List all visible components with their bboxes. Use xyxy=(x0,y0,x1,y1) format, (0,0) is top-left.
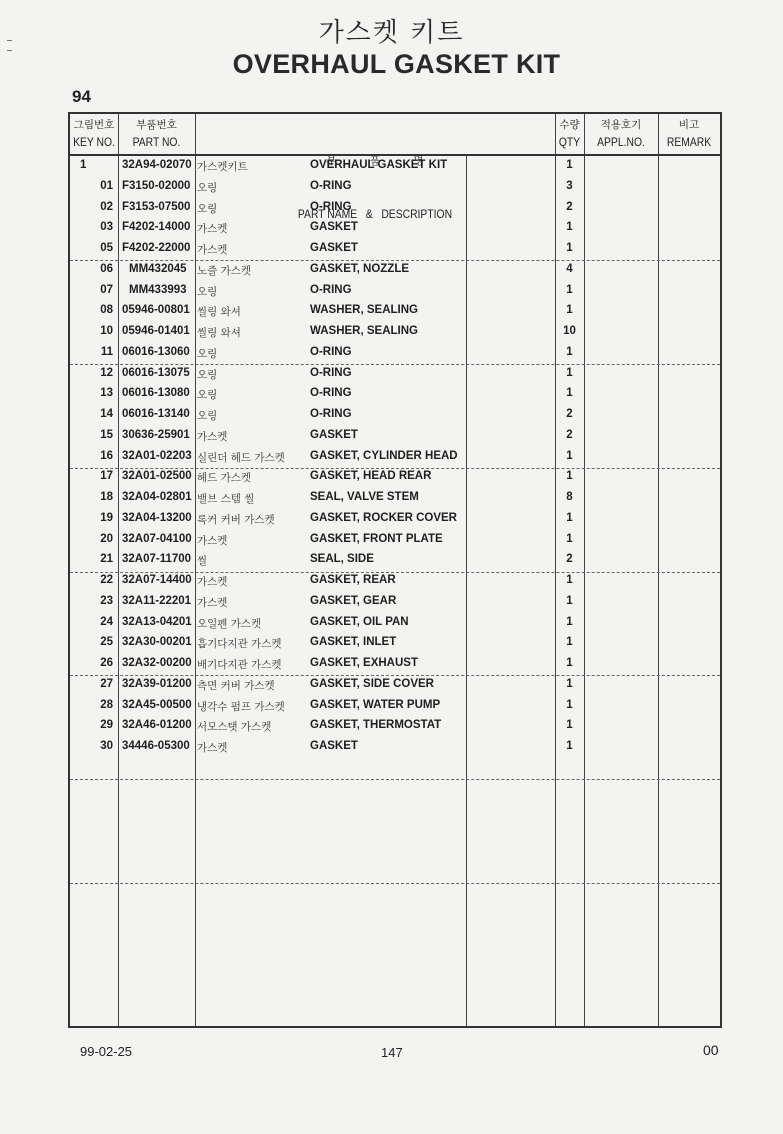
key-number: 11 xyxy=(84,346,113,358)
key-number: 28 xyxy=(84,699,113,711)
table-row: 1106016-13060오링O-RING1 xyxy=(70,343,720,364)
key-number: 29 xyxy=(84,719,113,731)
key-number: 16 xyxy=(84,450,113,462)
part-description: GASKET, OIL PAN xyxy=(310,616,409,628)
part-description: GASKET, INLET xyxy=(310,636,396,648)
key-number: 23 xyxy=(84,595,113,607)
part-name-korean: 서모스탯 가스켓 xyxy=(197,719,271,734)
part-number: 32A07-11700 xyxy=(122,553,191,565)
table-row: 1832A04-02801밸브 스템 씰SEAL, VALVE STEM8 xyxy=(70,488,720,509)
part-description: O-RING xyxy=(310,180,352,192)
part-name-korean: 가스켓 xyxy=(197,429,227,444)
part-name-korean: 가스켓 xyxy=(197,533,227,548)
table-row: 05F4202-22000가스켓GASKET1 xyxy=(70,239,720,260)
quantity: 1 xyxy=(555,387,584,399)
part-name-korean: 측면 커버 가스켓 xyxy=(197,678,275,693)
quantity: 2 xyxy=(555,429,584,441)
header-appl-no: 적용호기 APPL.NO. xyxy=(584,116,658,152)
header-part-no-ko: 부품번호 xyxy=(118,116,195,134)
quantity: 3 xyxy=(555,180,584,192)
part-description: GASKET, SIDE COVER xyxy=(310,678,434,690)
part-number: 32A04-02801 xyxy=(122,491,192,503)
part-name-korean: 가스켓 xyxy=(197,740,227,755)
part-description: O-RING xyxy=(310,387,352,399)
part-name-korean: 씰링 와셔 xyxy=(197,325,241,340)
part-number: F3150-02000 xyxy=(122,180,190,192)
part-number: 06016-13080 xyxy=(122,387,190,399)
table-row: 2532A30-00201흡기다지관 가스켓GASKET, INLET1 xyxy=(70,633,720,654)
part-number: 32A01-02500 xyxy=(122,470,192,482)
table-row: 0805946-00801씰링 와셔WASHER, SEALING1 xyxy=(70,301,720,322)
key-number: 25 xyxy=(84,636,113,648)
part-description: WASHER, SEALING xyxy=(310,325,418,337)
footer-page-number: 147 xyxy=(381,1045,403,1060)
part-number: 05946-01401 xyxy=(122,325,190,337)
part-name-korean: 씰 xyxy=(197,553,207,568)
part-number: 06016-13140 xyxy=(122,408,190,420)
key-number: 1 xyxy=(80,159,86,171)
part-description: GASKET, FRONT PLATE xyxy=(310,533,443,545)
part-description: GASKET, REAR xyxy=(310,574,396,586)
part-name-korean: 가스켓 xyxy=(197,595,227,610)
part-number: 32A94-02070 xyxy=(122,159,192,171)
footer-date: 99-02-25 xyxy=(80,1044,132,1059)
quantity: 1 xyxy=(555,159,584,171)
quantity: 2 xyxy=(555,553,584,565)
part-number: 32A45-00500 xyxy=(122,699,192,711)
part-description: WASHER, SEALING xyxy=(310,304,418,316)
quantity: 1 xyxy=(555,636,584,648)
part-number: 32A32-00200 xyxy=(122,657,192,669)
quantity: 1 xyxy=(555,699,584,711)
part-number: 32A30-00201 xyxy=(122,636,192,648)
quantity: 1 xyxy=(555,450,584,462)
table-row: 1932A04-13200록커 커버 가스켓GASKET, ROCKER COV… xyxy=(70,509,720,530)
part-description: GASKET xyxy=(310,740,358,752)
quantity: 1 xyxy=(555,512,584,524)
part-name-korean: 오링 xyxy=(197,180,217,195)
key-number: 21 xyxy=(84,553,113,565)
key-number: 10 xyxy=(84,325,113,337)
part-number: F3153-07500 xyxy=(122,201,190,213)
key-number: 17 xyxy=(84,470,113,482)
quantity: 1 xyxy=(555,304,584,316)
part-name-korean: 오링 xyxy=(197,408,217,423)
header-part-no: 부품번호 PART NO. xyxy=(118,116,195,152)
quantity: 2 xyxy=(555,408,584,420)
header-remark-en: REMARK xyxy=(661,134,717,152)
part-description: O-RING xyxy=(310,367,352,379)
quantity: 1 xyxy=(555,470,584,482)
header-part-no-en: PART NO. xyxy=(122,134,191,152)
header-key-no-en: KEY NO. xyxy=(72,134,115,152)
part-description: GASKET, NOZZLE xyxy=(310,263,409,275)
quantity: 2 xyxy=(555,201,584,213)
header-appl-no-ko: 적용호기 xyxy=(584,116,658,134)
table-row: 02F3153-07500오링O-RING2 xyxy=(70,198,720,219)
part-description: GASKET, GEAR xyxy=(310,595,396,607)
part-name-korean: 오링 xyxy=(197,284,217,299)
table-row: 1206016-13075오링O-RING1 xyxy=(70,364,720,385)
part-description: SEAL, SIDE xyxy=(310,553,374,565)
header-qty-ko: 수량 xyxy=(555,116,584,134)
header-appl-no-en: APPL.NO. xyxy=(588,134,655,152)
part-name-korean: 오링 xyxy=(197,387,217,402)
table-row: 2632A32-00200배기다지관 가스켓GASKET, EXHAUST1 xyxy=(70,654,720,675)
key-number: 19 xyxy=(84,512,113,524)
part-description: O-RING xyxy=(310,284,352,296)
part-name-korean: 배기다지관 가스켓 xyxy=(197,657,281,672)
key-number: 26 xyxy=(84,657,113,669)
part-number: 32A07-14400 xyxy=(122,574,192,586)
part-description: GASKET, WATER PUMP xyxy=(310,699,440,711)
part-description: O-RING xyxy=(310,408,352,420)
key-number: 13 xyxy=(84,387,113,399)
key-number: 08 xyxy=(84,304,113,316)
key-number: 14 xyxy=(84,408,113,420)
title-korean: 가스켓 키트 xyxy=(0,12,783,49)
header-key-no-ko: 그림번호 xyxy=(70,116,118,134)
quantity: 1 xyxy=(555,574,584,586)
header-remark: 비고 REMARK xyxy=(658,116,720,152)
part-name-korean: 헤드 가스켓 xyxy=(197,470,251,485)
quantity: 1 xyxy=(555,719,584,731)
quantity: 1 xyxy=(555,346,584,358)
key-number: 18 xyxy=(84,491,113,503)
header-key-no: 그림번호 KEY NO. xyxy=(70,116,118,152)
part-description: O-RING xyxy=(310,201,352,213)
key-number: 07 xyxy=(84,284,113,296)
quantity: 1 xyxy=(555,740,584,752)
part-number: F4202-22000 xyxy=(122,242,190,254)
section-number: 94 xyxy=(72,87,91,107)
part-name-korean: 노즐 가스켓 xyxy=(197,263,251,278)
part-description: GASKET, EXHAUST xyxy=(310,657,418,669)
part-description: SEAL, VALVE STEM xyxy=(310,491,419,503)
part-description: OVERHAUL GASKET KIT xyxy=(310,159,447,171)
quantity: 1 xyxy=(555,221,584,233)
group-separator xyxy=(70,779,720,780)
key-number: 30 xyxy=(84,740,113,752)
part-name-korean: 냉각수 펌프 가스켓 xyxy=(197,699,285,714)
part-number: 32A39-01200 xyxy=(122,678,192,690)
quantity: 1 xyxy=(555,242,584,254)
table-row: 1732A01-02500헤드 가스켓GASKET, HEAD REAR1 xyxy=(70,467,720,488)
quantity: 1 xyxy=(555,657,584,669)
part-name-korean: 실린더 헤드 가스켓 xyxy=(197,450,285,465)
header-qty: 수량 QTY xyxy=(555,116,584,152)
part-number: 05946-00801 xyxy=(122,304,190,316)
table-row: 2032A07-04100가스켓GASKET, FRONT PLATE1 xyxy=(70,530,720,551)
part-name-korean: 가스켓 xyxy=(197,221,227,236)
part-number: MM432045 xyxy=(129,263,187,275)
quantity: 1 xyxy=(555,533,584,545)
table-row: 2132A07-11700씰SEAL, SIDE2 xyxy=(70,550,720,571)
table-row: 07MM433993오링O-RING1 xyxy=(70,281,720,302)
table-row: 1530636-25901가스켓GASKET2 xyxy=(70,426,720,447)
part-number: 32A01-02203 xyxy=(122,450,192,462)
quantity: 1 xyxy=(555,616,584,628)
table-row: 01F3150-02000오링O-RING3 xyxy=(70,177,720,198)
part-description: GASKET xyxy=(310,221,358,233)
quantity: 1 xyxy=(555,284,584,296)
key-number: 05 xyxy=(84,242,113,254)
key-number: 01 xyxy=(84,180,113,192)
part-name-korean: 가스켓 xyxy=(197,574,227,589)
part-number: 34446-05300 xyxy=(122,740,190,752)
table-row: 1306016-13080오링O-RING1 xyxy=(70,384,720,405)
part-name-korean: 씰링 와셔 xyxy=(197,304,241,319)
quantity: 8 xyxy=(555,491,584,503)
part-number: 32A07-04100 xyxy=(122,533,192,545)
quantity: 1 xyxy=(555,367,584,379)
part-name-korean: 가스켓 xyxy=(197,242,227,257)
part-number: 32A46-01200 xyxy=(122,719,192,731)
quantity: 1 xyxy=(555,678,584,690)
part-number: 06016-13075 xyxy=(122,367,190,379)
part-name-korean: 가스켓키트 xyxy=(197,159,248,174)
part-name-korean: 밸브 스템 씰 xyxy=(197,491,254,506)
part-description: O-RING xyxy=(310,346,352,358)
part-number: F4202-14000 xyxy=(122,221,190,233)
quantity: 1 xyxy=(555,595,584,607)
table-row: 06MM432045노즐 가스켓GASKET, NOZZLE4 xyxy=(70,260,720,281)
key-number: 22 xyxy=(84,574,113,586)
table-row: 1632A01-02203실린더 헤드 가스켓GASKET, CYLINDER … xyxy=(70,447,720,468)
part-name-korean: 오일펜 가스켓 xyxy=(197,616,261,631)
part-number: 32A13-04201 xyxy=(122,616,192,628)
part-name-korean: 오링 xyxy=(197,201,217,216)
table-row: 2932A46-01200서모스탯 가스켓GASKET, THERMOSTAT1 xyxy=(70,716,720,737)
key-number: 24 xyxy=(84,616,113,628)
part-number: 32A11-22201 xyxy=(122,595,191,607)
part-name-korean: 오링 xyxy=(197,367,217,382)
key-number: 02 xyxy=(84,201,113,213)
key-number: 15 xyxy=(84,429,113,441)
table-row: 2232A07-14400가스켓GASKET, REAR1 xyxy=(70,571,720,592)
part-description: GASKET, HEAD REAR xyxy=(310,470,431,482)
quantity: 4 xyxy=(555,263,584,275)
part-number: 06016-13060 xyxy=(122,346,190,358)
quantity: 10 xyxy=(555,325,584,337)
table-row: 2332A11-22201가스켓GASKET, GEAR1 xyxy=(70,592,720,613)
part-description: GASKET xyxy=(310,242,358,254)
key-number: 20 xyxy=(84,533,113,545)
part-description: GASKET, ROCKER COVER xyxy=(310,512,457,524)
group-separator xyxy=(70,883,720,884)
header-remark-ko: 비고 xyxy=(658,116,720,134)
footer-revision: 00 xyxy=(703,1042,719,1058)
header-qty-en: QTY xyxy=(556,134,582,152)
part-number: 32A04-13200 xyxy=(122,512,192,524)
key-number: 27 xyxy=(84,678,113,690)
part-name-korean: 록커 커버 가스켓 xyxy=(197,512,275,527)
key-number: 03 xyxy=(84,221,113,233)
table-row: 2832A45-00500냉각수 펌프 가스켓GASKET, WATER PUM… xyxy=(70,696,720,717)
part-description: GASKET, THERMOSTAT xyxy=(310,719,441,731)
part-number: 30636-25901 xyxy=(122,429,190,441)
page-title: OVERHAUL GASKET KIT xyxy=(0,49,783,80)
table-row: 1005946-01401씰링 와셔WASHER, SEALING10 xyxy=(70,322,720,343)
key-number: 12 xyxy=(84,367,113,379)
table-row: 2732A39-01200측면 커버 가스켓GASKET, SIDE COVER… xyxy=(70,675,720,696)
part-number: MM433993 xyxy=(129,284,187,296)
part-name-korean: 오링 xyxy=(197,346,217,361)
table-row: 1406016-13140오링O-RING2 xyxy=(70,405,720,426)
table-row: 3034446-05300가스켓GASKET1 xyxy=(70,737,720,758)
key-number: 06 xyxy=(84,263,113,275)
part-description: GASKET, CYLINDER HEAD xyxy=(310,450,458,462)
table-row: 03F4202-14000가스켓GASKET1 xyxy=(70,218,720,239)
table-row: 132A94-02070가스켓키트OVERHAUL GASKET KIT1 xyxy=(70,156,720,177)
part-name-korean: 흡기다지관 가스켓 xyxy=(197,636,281,651)
parts-table: 그림번호 KEY NO. 부품번호 PART NO. 부 품 명 PART NA… xyxy=(68,112,722,1028)
table-row: 2432A13-04201오일펜 가스켓GASKET, OIL PAN1 xyxy=(70,613,720,634)
part-description: GASKET xyxy=(310,429,358,441)
